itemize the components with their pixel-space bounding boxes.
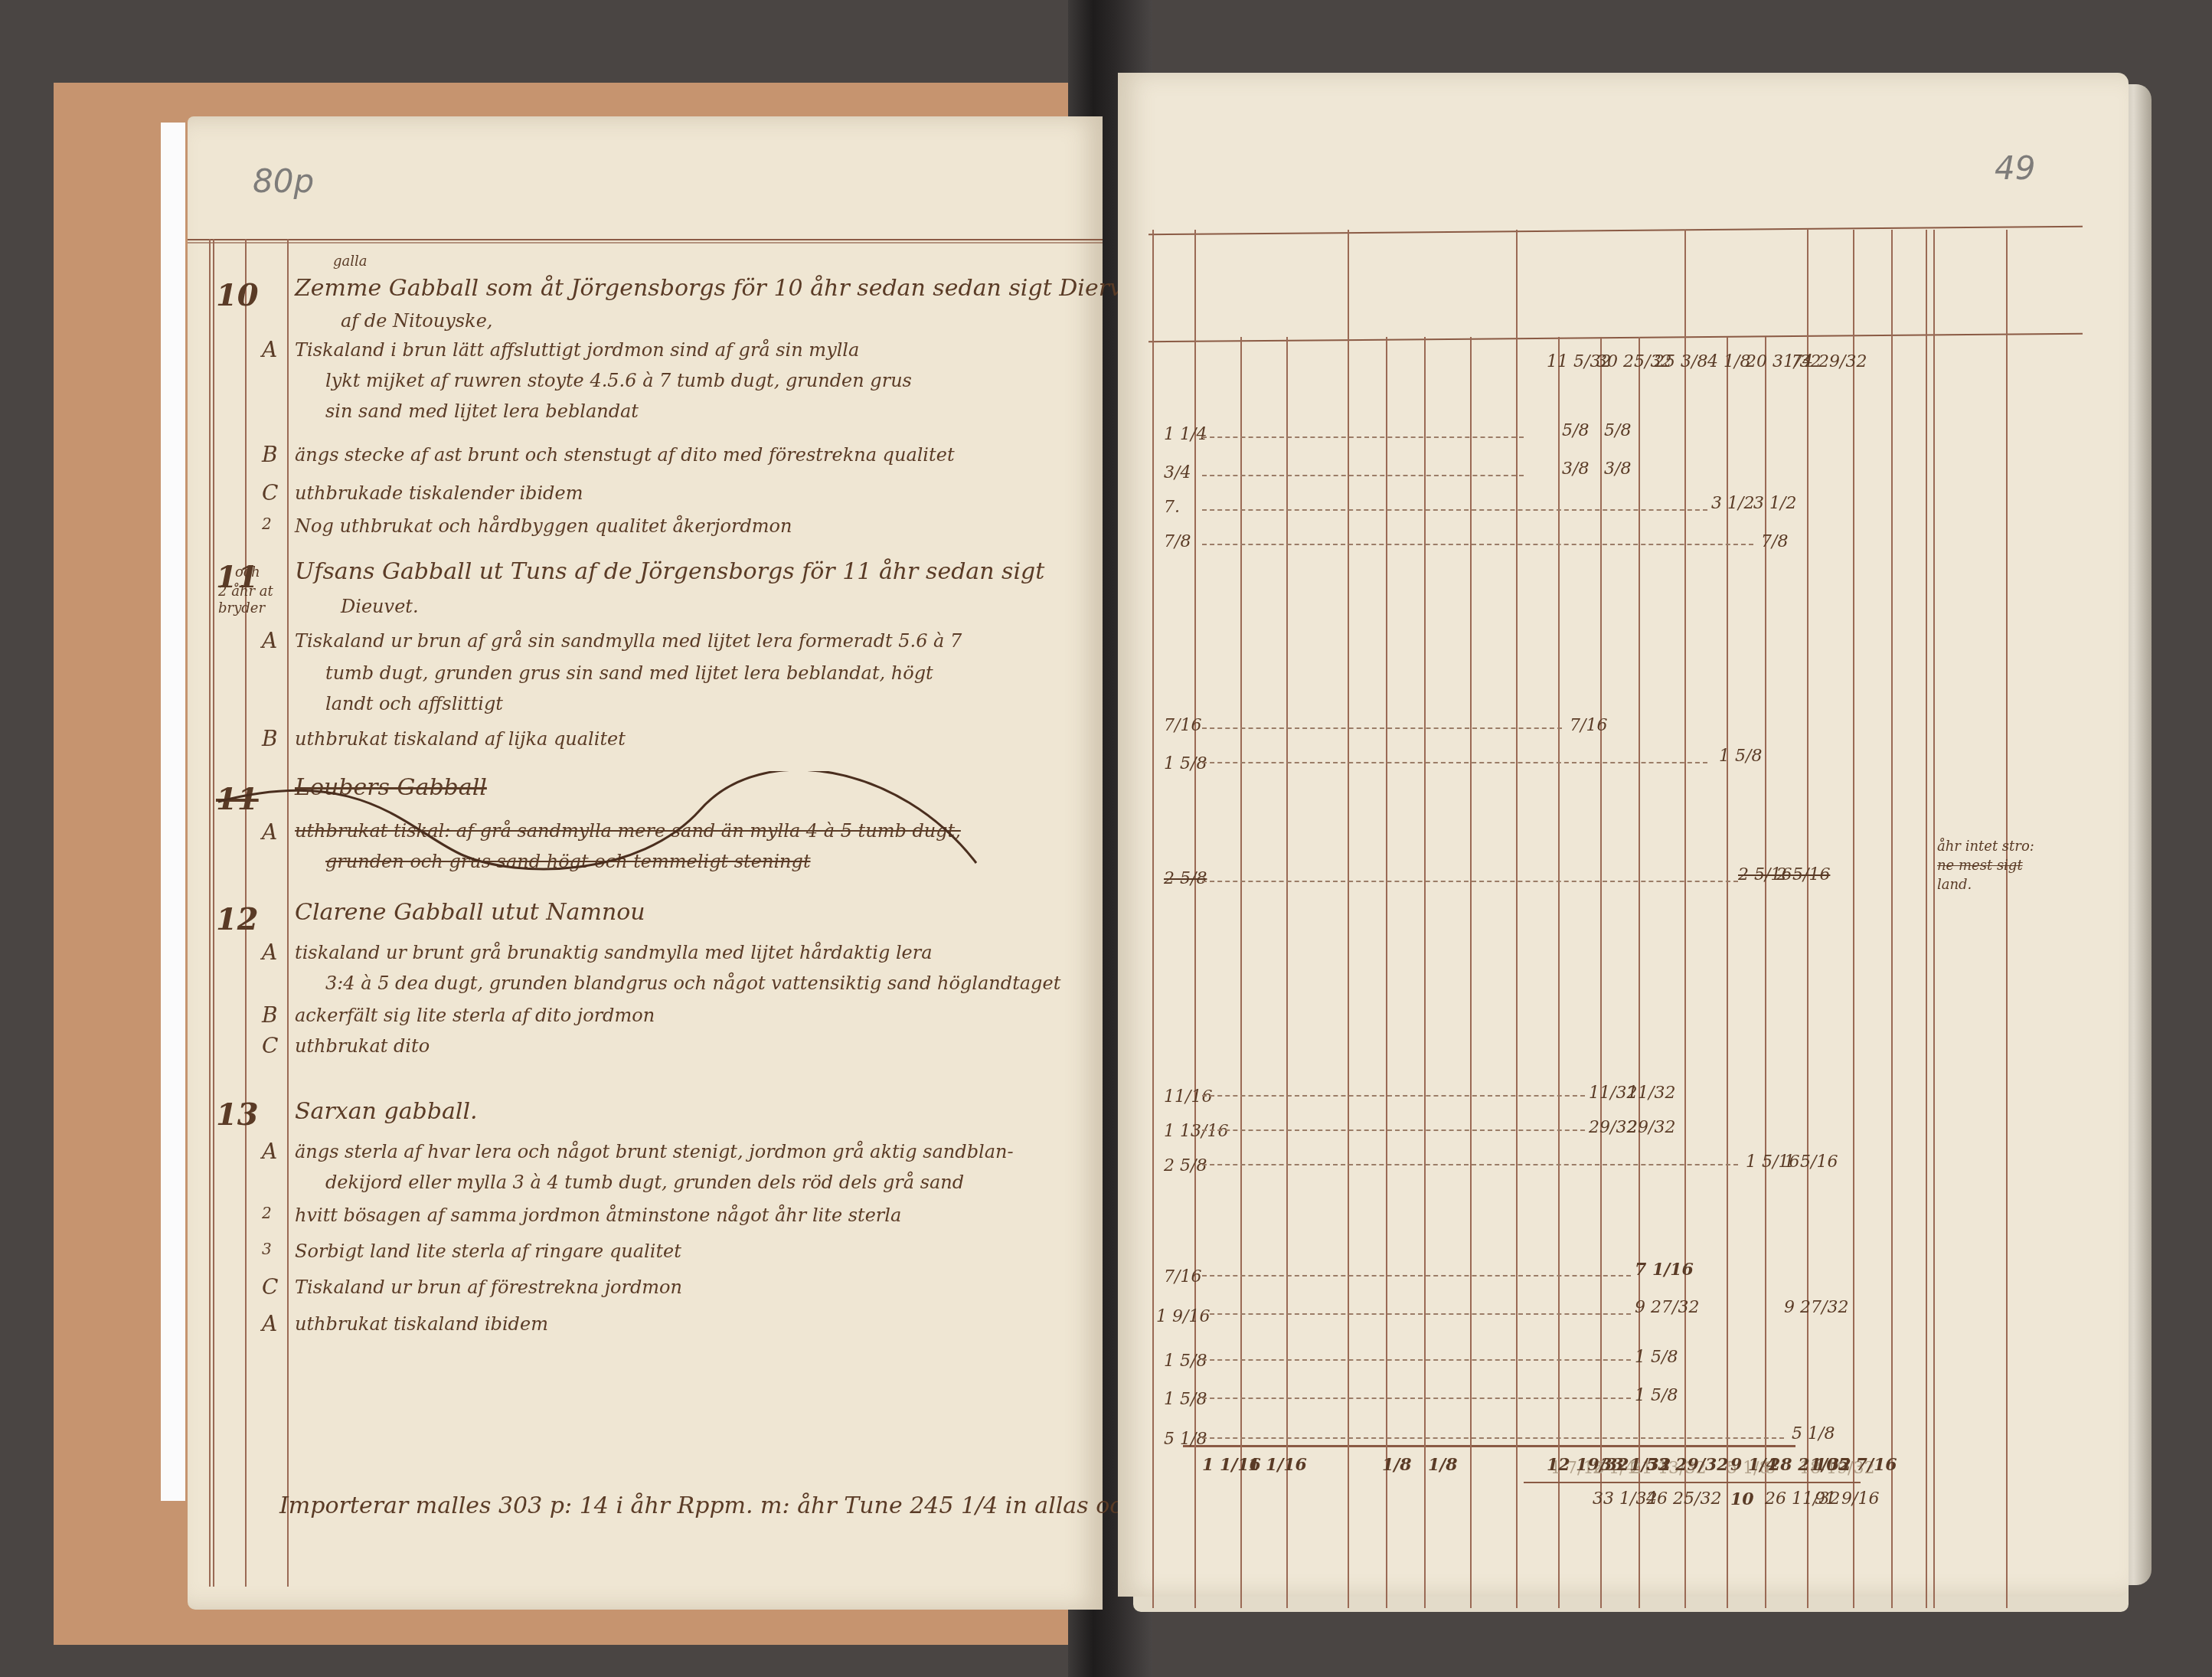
cell: 5/8 (1562, 421, 1589, 440)
cell: 29/32 (1627, 1118, 1675, 1137)
margin-rule-2 (213, 239, 214, 1587)
item-marker: A (262, 1139, 277, 1164)
margin-note: och (235, 564, 260, 580)
column-rule (1926, 230, 1927, 1608)
item-marker: A (262, 940, 277, 965)
row-qty: 1 13/16 (1164, 1122, 1228, 1141)
item-line: ängs stecke af ast brunt och stenstugt a… (295, 443, 955, 466)
total-cell: 105 7/16 (1815, 1455, 1897, 1475)
entry-title: Zemme Gabball som åt Jörgensborgs för 10… (295, 277, 1145, 300)
cell: 25 3/8 (1654, 352, 1707, 371)
pencil-folio-left: 80p (253, 162, 314, 200)
cell: 5 1/8 (1792, 1424, 1835, 1443)
column-rule (1684, 230, 1686, 1608)
item-marker: A (262, 337, 277, 362)
item-line: Tiskaland i brun lätt affsluttigt jordmo… (295, 338, 859, 361)
cell: 9 27/32 (1784, 1298, 1848, 1317)
right-page: 49 11 5/32 30 25/32 25 3/8 4 1/8 20 31/3… (1118, 73, 2129, 1597)
row-qty: 7/8 (1164, 532, 1191, 551)
column-rule (1600, 337, 1602, 1608)
header-rule (188, 239, 1103, 240)
item-line: dekijord eller mylla 3 à 4 tumb dugt, gr… (325, 1171, 964, 1194)
margin-note: 2 åhr at (218, 584, 273, 600)
row-qty: 7/16 (1164, 716, 1201, 735)
leader-dots (1202, 1313, 1631, 1315)
margin-note: bryder (218, 600, 265, 616)
cell: 7/8 (1761, 532, 1788, 551)
row-qty: 3/4 (1164, 463, 1191, 482)
entry-title: Clarene Gabball utut Namnou (295, 901, 645, 924)
leader-dots (1202, 509, 1707, 511)
column-rule (1765, 337, 1766, 1608)
item-line: uthbrukat tiskaland ibidem (295, 1313, 548, 1335)
cell: 3 1/2 (1711, 494, 1754, 513)
total-cell: 53 29/32 (1646, 1455, 1729, 1475)
column-rule (1386, 337, 1387, 1608)
column-rule (1424, 337, 1426, 1608)
item-line: Tiskaland ur brun af grå sin sandmylla m… (295, 629, 962, 652)
leader-dots (1202, 475, 1524, 476)
item-line: tumb dugt, grunden grus sin sand med lij… (325, 662, 933, 685)
item-line: tiskaland ur brunt grå brunaktig sandmyl… (295, 941, 933, 964)
item-marker: A (262, 1311, 277, 1336)
row-qty: 1 1/4 (1164, 425, 1207, 444)
total-cell: 1/8 (1382, 1455, 1412, 1475)
margin-rule-1 (209, 239, 211, 1587)
item-marker: 2 (262, 1204, 272, 1222)
item-marker: C (262, 480, 278, 505)
row-qty: 5 1/8 (1164, 1430, 1207, 1449)
item-line: sin sand med lijtet lera beblandat (325, 400, 639, 423)
cell: 3/8 (1604, 459, 1631, 479)
column-rule (1558, 337, 1560, 1608)
row-qty: 1 9/16 (1156, 1307, 1210, 1326)
entry-number: 10 (216, 277, 259, 313)
strike-through-curve (211, 771, 1053, 878)
item-marker: B (262, 726, 278, 751)
item-marker: C (262, 1033, 278, 1058)
entry-number: 13 (216, 1097, 259, 1133)
second-totals-rule (1524, 1482, 1861, 1483)
cell: 7/16 (1570, 716, 1607, 735)
total-cell: 1 1/16 (1248, 1455, 1307, 1475)
item-line: 3:4 à 5 dea dugt, grunden blandgrus och … (325, 972, 1060, 995)
total-cell: 46 25/32 (1646, 1489, 1721, 1509)
item-marker: C (262, 1274, 278, 1299)
column-rule (2006, 230, 2008, 1608)
left-page: 80p 10 galla Zemme Gabball som åt Jörgen… (188, 116, 1103, 1610)
item-line: ängs sterla af hvar lera och något brunt… (295, 1140, 1014, 1163)
cell: 4 1/8 (1707, 352, 1750, 371)
item-line: uthbrukade tiskalender ibidem (295, 482, 583, 505)
leader-dots (1202, 1437, 1784, 1439)
entry-title-cont: Dieuvet. (341, 595, 419, 618)
leader-dots (1202, 1164, 1738, 1165)
column-rule (1807, 230, 1808, 1608)
item-line: landt och affslittigt (325, 692, 503, 715)
item-marker: 2 (262, 515, 272, 533)
scan-white-strip (161, 123, 185, 1501)
row-qty: 2 5/8 (1164, 869, 1207, 888)
column-rule (1933, 230, 1935, 1608)
item-line: uthbrukat tiskaland af lijka qualitet (295, 727, 626, 750)
note-line: ne mest sigt (1937, 858, 2023, 874)
column-rule (1470, 337, 1472, 1608)
item-marker: A (262, 628, 277, 653)
cell: 74 29/32 (1792, 352, 1867, 371)
leader-dots (1202, 1095, 1585, 1097)
cell: 3/8 (1562, 459, 1589, 479)
entry-title: Sarxan gabball. (295, 1100, 478, 1123)
note-line: åhr intet stro: (1937, 838, 2034, 855)
entry-number: 12 (216, 901, 259, 937)
total-cell: 91 9/16 (1815, 1489, 1879, 1509)
item-line: Tiskaland ur brun af förestrekna jordmon (295, 1276, 682, 1299)
column-rule (1639, 337, 1640, 1608)
leader-dots (1202, 436, 1524, 438)
item-line: lykt mijket af ruwren stoyte 4.5.6 à 7 t… (325, 369, 912, 392)
row-qty: 2 5/8 (1164, 1156, 1207, 1175)
row-qty: 11/16 (1164, 1087, 1212, 1107)
top-rule (1148, 226, 2083, 236)
row-qty: 1 5/8 (1164, 1352, 1207, 1371)
item-line: ackerfält sig lite sterla af dito jordmo… (295, 1004, 655, 1027)
leader-dots (1202, 1275, 1631, 1277)
cell: 1 5/16 (1784, 1152, 1838, 1172)
item-marker: 3 (262, 1240, 272, 1258)
marker-column-rule (287, 239, 289, 1587)
item-marker: B (262, 442, 278, 467)
cell: 2 5/16 (1776, 865, 1830, 884)
row-qty: 7. (1164, 498, 1180, 517)
row-qty: 1 5/8 (1164, 1390, 1207, 1409)
leader-dots (1202, 544, 1753, 545)
leader-dots (1202, 1397, 1631, 1399)
row-qty: 1 5/8 (1164, 754, 1207, 773)
cell: 1 5/8 (1635, 1386, 1678, 1405)
cell: 9 27/32 (1635, 1298, 1699, 1317)
cell: 3 1/2 (1753, 494, 1796, 513)
note-line: land. (1937, 877, 1972, 893)
cell: 5/8 (1604, 421, 1631, 440)
totals-rule (1183, 1445, 1795, 1447)
leader-dots (1202, 727, 1562, 729)
total-cell: 10 (1730, 1489, 1754, 1509)
item-line: hvitt bösagen af samma jordmon åtminston… (295, 1204, 901, 1227)
cell: 7 1/16 (1635, 1260, 1694, 1280)
total-cell: 1/8 (1428, 1455, 1458, 1475)
cell: 1 5/8 (1635, 1348, 1678, 1367)
header-bottom-rule (1148, 333, 2083, 343)
cell: 1 5/8 (1719, 747, 1762, 766)
pencil-folio-right: 49 (1995, 149, 2035, 187)
entry-title-cont: af de Nitouyske, (341, 309, 493, 332)
column-rule (1152, 230, 1154, 1608)
column-rule (1240, 337, 1242, 1608)
column-rule (1891, 230, 1893, 1608)
cell: 11/32 (1627, 1084, 1675, 1103)
leader-dots (1202, 1359, 1631, 1361)
column-rule (1853, 230, 1854, 1608)
leader-dots (1202, 1129, 1585, 1131)
entry-title: Ufsans Gabball ut Tuns af de Jörgensborg… (295, 561, 1044, 584)
leader-dots (1202, 762, 1707, 763)
item-line: uthbrukat dito (295, 1035, 430, 1058)
leader-dots (1202, 881, 1738, 882)
item-line: Sorbigt land lite sterla af ringare qual… (295, 1240, 681, 1263)
column-rule (1286, 337, 1288, 1608)
page-footer-total: Importerar malles 303 p: 14 i åhr Rppm. … (279, 1495, 1241, 1518)
item-line: Nog uthbrukat och hårdbyggen qualitet åk… (295, 515, 792, 538)
item-marker: B (262, 1002, 278, 1028)
row-qty: 7/16 (1164, 1267, 1201, 1286)
superscript-note: galla (333, 250, 368, 273)
column-rule (1727, 337, 1728, 1608)
header-rule-double (188, 242, 1103, 244)
